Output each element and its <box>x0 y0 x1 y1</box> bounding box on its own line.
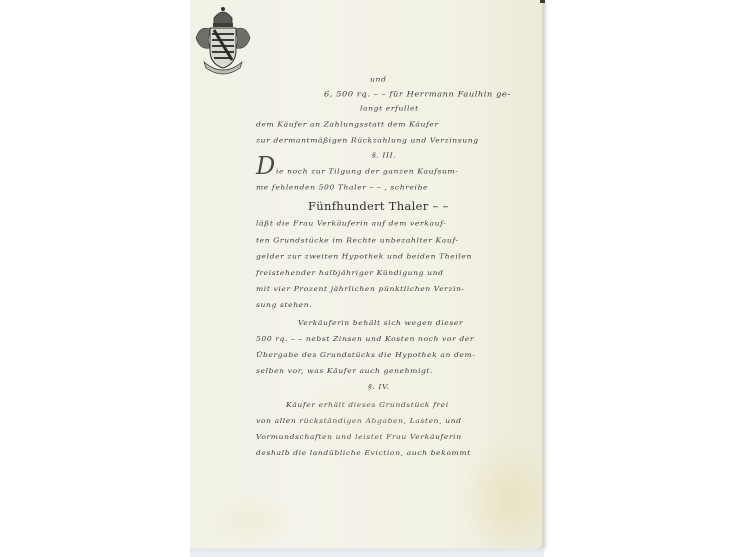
text-line: Käufer erhält dieses Grundstück frei <box>286 400 449 408</box>
text-line: mit vier Prozent jährlichen pünktlichen … <box>256 284 465 292</box>
page-edge-mark <box>540 0 545 3</box>
header-line-und: und <box>370 75 386 83</box>
text-line: Verkäuferin behält sich wegen dieser <box>298 318 463 326</box>
text-line: von allen rückständigen Abgaben, Lasten,… <box>256 416 462 424</box>
text-line: freistehender halbjähriger Kündigung und <box>256 268 444 276</box>
header-line-amount: 6, 500 rq. – – für Herrmann Faulhin ge- <box>324 90 511 99</box>
text-line: 500 rq. – – nebst Zinsen und Kosten noch… <box>256 334 474 342</box>
coat-of-arms-icon <box>190 4 256 76</box>
text-line: zur dermantmäßigen Rückzahlung und Verzi… <box>256 136 479 144</box>
text-line: selben vor, was Käufer auch genehmigt. <box>256 366 433 374</box>
text-line: ie noch zur Tilgung der ganzen Kaufsum- <box>276 167 458 175</box>
text-line: ten Grundstücke im Rechte unbezahlter Ka… <box>256 236 459 244</box>
amount-in-words: Fünfhundert Thaler – – <box>308 199 449 213</box>
decorative-initial: D <box>256 152 275 180</box>
header-line-fulfilled: langt erfullet <box>360 104 419 112</box>
section-iii-heading: §. III. <box>372 151 396 159</box>
text-line: gelder zur zweiten Hypothek und beiden T… <box>256 252 472 260</box>
text-line: me fehlenden 500 Thaler – – , schreibe <box>256 183 428 191</box>
text-line: Übergabe des Grundstücks die Hypothek an… <box>256 350 476 358</box>
text-line: sung stehen. <box>256 300 312 308</box>
section-iv-heading: §. IV. <box>368 382 390 390</box>
text-line: dem Käufer an Zahlungsstatt dem Käufer <box>256 120 439 128</box>
text-line: Vormundschaften und leistet Frau Verkäuf… <box>256 432 462 440</box>
page-shadow <box>190 548 544 557</box>
text-line: läßt die Frau Verkäuferin auf dem verkau… <box>256 219 446 227</box>
document-page: und 6, 500 rq. – – für Herrmann Faulhin … <box>190 0 544 549</box>
text-line: deshalb die landübliche Eviction, auch b… <box>256 448 471 456</box>
